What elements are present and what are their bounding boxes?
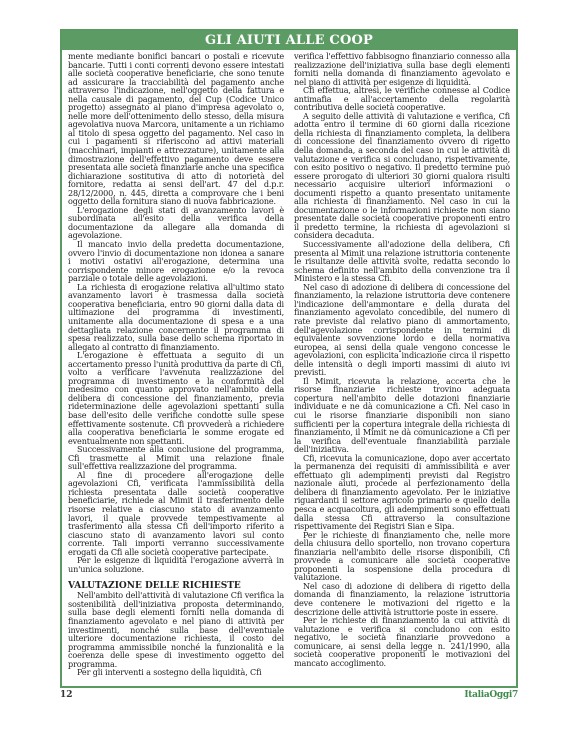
- paragraph: Nell'ambito dell'attività di valutazione…: [68, 591, 284, 668]
- paragraph: Per le esigenze di liquidità l'erogazion…: [68, 556, 284, 573]
- paragraph: mente mediante bonifici bancari o postal…: [68, 52, 284, 206]
- paragraph: Il mancato invio della predetta document…: [68, 240, 284, 283]
- paragraph: Per le richieste di finanziamento la cui…: [294, 616, 510, 667]
- article-frame: GLI AIUTI ALLE COOP mente mediante bonif…: [60, 29, 518, 688]
- article-columns: mente mediante bonifici bancari o postal…: [62, 52, 516, 686]
- section-header: GLI AIUTI ALLE COOP: [62, 31, 516, 50]
- left-column: mente mediante bonifici bancari o postal…: [68, 52, 284, 686]
- paragraph: Cfi, ricevuta la comunicazione, dopo ave…: [294, 454, 510, 531]
- paragraph: Al fine di procedere all'erogazione dell…: [68, 471, 284, 556]
- paragraph: Cfi effettua, altresì, le verifiche conn…: [294, 86, 510, 112]
- paragraph: Il Mimit, ricevuta la relazione, accerta…: [294, 377, 510, 454]
- paragraph: L'erogazione è effettuata a seguito di u…: [68, 351, 284, 445]
- paragraph: Successivamente all'adozione della delib…: [294, 240, 510, 283]
- paragraph: A seguito delle attività di valutazione …: [294, 112, 510, 240]
- page-number: 12: [60, 690, 73, 700]
- paragraph: La richiesta di erogazione relativa all'…: [68, 283, 284, 351]
- paragraph: Per gli interventi a sostegno della liqu…: [68, 668, 284, 677]
- paragraph: Successivamente alla conclusione del pro…: [68, 445, 284, 471]
- right-column: verifica l'effettivo fabbisogno finanzia…: [294, 52, 510, 686]
- paragraph: Nel caso di adozione di delibera di rige…: [294, 582, 510, 616]
- paragraph: verifica l'effettivo fabbisogno finanzia…: [294, 52, 510, 86]
- paragraph: Per le richieste di finanziamento che, n…: [294, 531, 510, 582]
- publication-logo: ItaliaOggi7: [464, 690, 518, 700]
- paragraph: Nel caso di adozione di delibera di conc…: [294, 283, 510, 377]
- paragraph: L'erogazione degli stati di avanzamento …: [68, 206, 284, 240]
